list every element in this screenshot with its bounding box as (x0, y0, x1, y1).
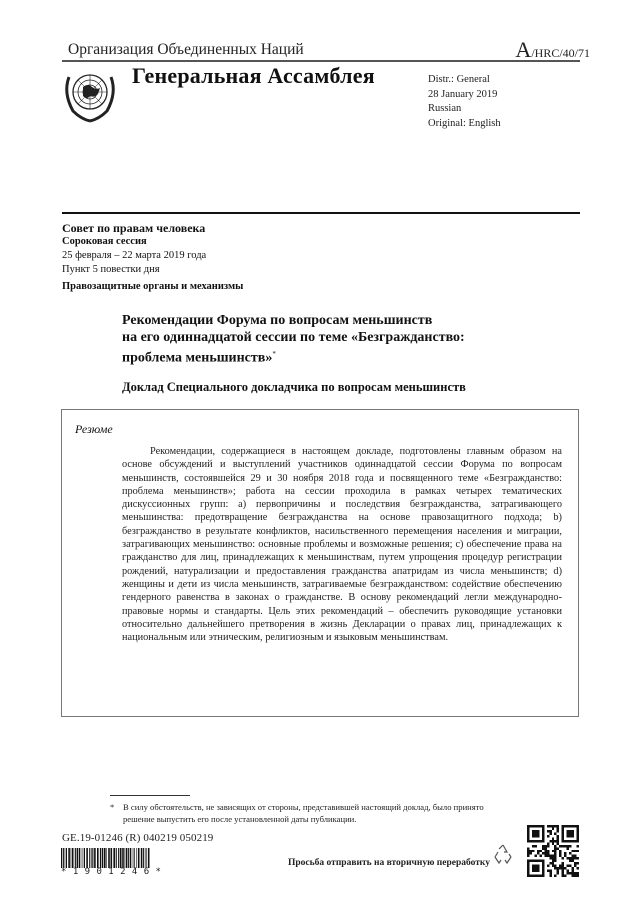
organization-name: Организация Объединенных Наций (68, 41, 304, 59)
un-emblem-icon (61, 63, 119, 125)
barcode-number: *1901246* (61, 867, 167, 877)
council-name: Совет по правам человека (62, 221, 243, 235)
barcode-icon (61, 848, 151, 868)
footnote-rule (110, 795, 190, 796)
agenda-title: Правозащитные органы и механизмы (62, 280, 243, 294)
summary-label: Резюме (75, 422, 113, 437)
title-line: на его одиннадцатой сессии по теме «Безг… (122, 329, 552, 346)
footnote: * В силу обстоятельств, не зависящих от … (110, 801, 510, 825)
distribution-info: Distr.: General 28 January 2019 Russian … (428, 73, 501, 131)
title-line: проблема меньшинств» (122, 351, 272, 366)
assembly-title: Генеральная Ассамблея (132, 63, 375, 89)
document-code: GE.19-01246 (R) 040219 050219 (62, 832, 213, 844)
symbol-suffix: /HRC/40/71 (531, 46, 590, 60)
footnote-text: В силу обстоятельств, не зависящих от ст… (110, 801, 510, 825)
footnote-marker: * (272, 350, 276, 358)
distr-date: 28 January 2019 (428, 88, 501, 103)
summary-text: Рекомендации, содержащиеся в настоящем д… (122, 445, 562, 644)
recycle-icon (492, 843, 514, 865)
header-rule (62, 60, 580, 62)
document-subtitle: Доклад Специального докладчика по вопрос… (122, 380, 466, 395)
document-title: Рекомендации Форума по вопросам меньшинс… (122, 312, 552, 367)
section-rule (62, 212, 580, 214)
title-line: Рекомендации Форума по вопросам меньшинс… (122, 312, 552, 329)
footnote-star: * (110, 801, 114, 813)
session-dates: 25 февраля – 22 марта 2019 года (62, 249, 243, 263)
symbol-prefix: A (515, 37, 531, 62)
session-info: Совет по правам человека Сороковая сесси… (62, 221, 243, 294)
recycle-text: Просьба отправить на вторичную переработ… (288, 858, 490, 868)
distr-line: Distr.: General (428, 73, 501, 88)
qr-code-icon (527, 825, 579, 877)
distr-original: Original: English (428, 117, 501, 132)
distr-language: Russian (428, 102, 501, 117)
agenda-item: Пункт 5 повестки дня (62, 263, 243, 277)
session-name: Сороковая сессия (62, 235, 243, 249)
